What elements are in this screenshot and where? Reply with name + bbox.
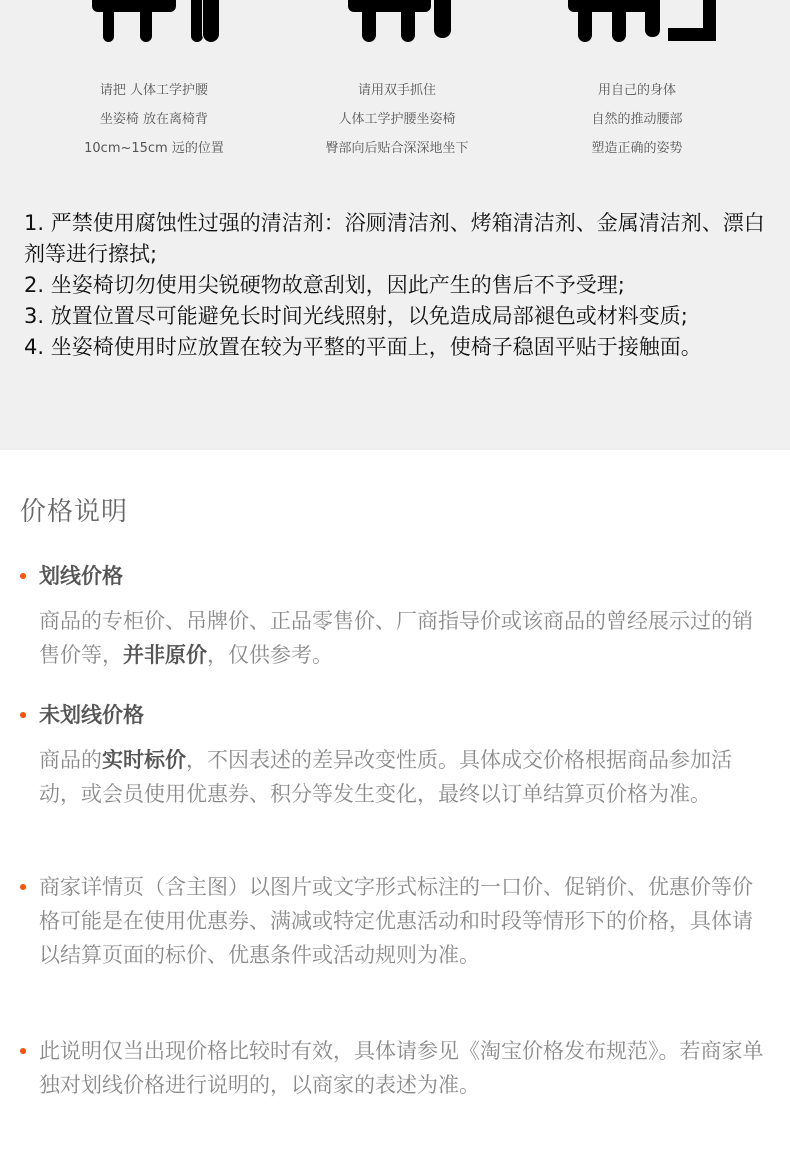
care-notes: 1. 严禁使用腐蚀性过强的清洁剂：浴厕清洁剂、烤箱清洁剂、金属清洁剂、漂白剂等进… — [24, 208, 774, 363]
bullet-dot-icon — [20, 1048, 26, 1054]
price-item-title: 划线价格 — [39, 560, 123, 590]
price-item-body: 商品的实时标价，不因表述的差异改变性质。具体成交价格根据商品参加活动，或会员使用… — [39, 743, 764, 811]
care-note: 4. 坐姿椅使用时应放置在较为平整的平面上，使椅子稳固平贴于接触面。 — [24, 332, 774, 363]
chair-body-push-icon — [0, 0, 760, 50]
care-note: 2. 坐姿椅切勿使用尖锐硬物故意刮划，因此产生的售后不予受理; — [24, 270, 774, 301]
bullet-dot-icon — [20, 573, 26, 579]
product-usage-panel: 请把 人体工学护腰 坐姿椅 放在离椅背 10cm~15cm 远的位置 请用双手抓… — [0, 0, 790, 450]
price-item-body: 此说明仅当出现价格比较时有效，具体请参见《淘宝价格发布规范》。若商家单独对划线价… — [39, 1034, 764, 1102]
bullet-dot-icon — [20, 712, 26, 718]
price-item-body: 商品的专柜价、吊牌价、正品零售价、厂商指导价或该商品的曾经展示过的销售价等，并非… — [39, 604, 764, 672]
care-note: 1. 严禁使用腐蚀性过强的清洁剂：浴厕清洁剂、烤箱清洁剂、金属清洁剂、漂白剂等进… — [24, 208, 774, 270]
price-section-title: 价格说明 — [20, 491, 128, 528]
bullet-dot-icon — [20, 884, 26, 890]
usage-step-caption-3: 用自己的身体 自然的推动腰部 塑造正确的姿势 — [517, 76, 757, 163]
usage-step-caption-2: 请用双手抓住 人体工学护腰坐姿椅 臀部向后贴合深深地坐下 — [277, 76, 517, 163]
price-item-body: 商家详情页（含主图）以图片或文字形式标注的一口价、促销价、优惠价等价格可能是在使… — [39, 870, 764, 972]
care-note: 3. 放置位置尽可能避免长时间光线照射，以免造成局部褪色或材料变质; — [24, 301, 774, 332]
usage-step-caption-1: 请把 人体工学护腰 坐姿椅 放在离椅背 10cm~15cm 远的位置 — [34, 76, 274, 163]
price-item-title: 未划线价格 — [39, 699, 144, 729]
